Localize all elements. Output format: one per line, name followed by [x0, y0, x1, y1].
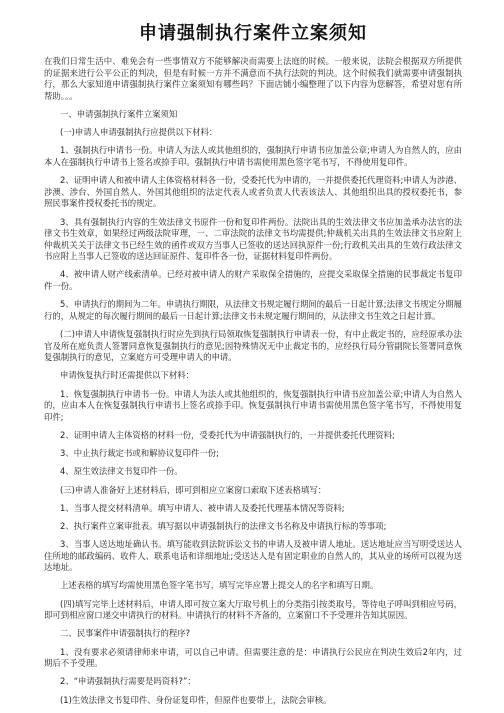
list-item: (1)生效法律文书复印件、身份证复印件，但原件也要带上，法院会审核。: [44, 695, 462, 707]
list-item: 2、执行案件立案审批表。填写据以申请强制执行的法律文书名称及申请执行标的等事项;: [44, 521, 462, 533]
list-item: 4、原生效法律文书复印件一份。: [44, 466, 462, 478]
subsection-paragraph: (二)申请人申请恢复强制执行时应先到执行局领取恢复强制执行申请表一份，有中止裁定…: [44, 329, 462, 364]
document-page: 申请强制执行案件立案须知 在我们日常生活中、难免会有一些事情双方不能够解决而需要…: [44, 22, 462, 713]
intro-paragraph: 在我们日常生活中、难免会有一些事情双方不能够解决而需要上法庭的时候。一般来说，法…: [44, 56, 462, 102]
subsection-paragraph: (四)填写完毕上述材料后，申请人即可按立案大厅取号机上的分类指引按类取号，等待电…: [44, 599, 462, 622]
list-item: 2、“申请强制执行需要是吗资料?”：: [44, 676, 462, 688]
list-item: 5、申请执行的期间为二年。申请执行期限，从法律文书规定履行期间的最后一日起计算;…: [44, 299, 462, 322]
paragraph: 申请恢复执行时还需提供以下材料：: [44, 370, 462, 382]
section-heading-2: 二、民事案件申请强制执行的程序?: [44, 628, 462, 640]
document-title: 申请强制执行案件立案须知: [44, 22, 462, 46]
list-item: 2、证明申请人主体资格的材料一份，受委托代为申请强制执行的，一并提供委托代理资料…: [44, 430, 462, 442]
list-item: 1、强制执行申请书一份。申请人为法人或其他组织的，强制执行申请书应加盖公章;申请…: [44, 145, 462, 168]
document-body: 在我们日常生活中、难免会有一些事情双方不能够解决而需要上法庭的时候。一般来说，法…: [44, 56, 462, 706]
list-item: 2、证明申请人和被申请人主体资格材料各一份，受委托代为申请的，一并提供委托代理资…: [44, 175, 462, 210]
list-item: 3、中止执行裁定书或和解协议复印件一份;: [44, 448, 462, 460]
list-item: 3、当事人送达地址确认书。填写能收到法院诉讼文书的申请人及被申请人地址。送达地址…: [44, 539, 462, 574]
list-item: 1、没有要求必须请律师来申请，可以自己申请。但需要注意的是：申请执行公民应在判决…: [44, 647, 462, 670]
section-heading-1: 一、申请强制执行案件立案须知: [44, 109, 462, 121]
list-item: 3、具有强制执行内容的生效法律文书原件一份和复印件两份。法院出具的生效法律文书应…: [44, 217, 462, 263]
list-item: 1、恢复强制执行申请书一份。申请人为法人或其他组织的，恢复强制执行申请书应加盖公…: [44, 389, 462, 424]
paragraph: 上述表格的填写均需使用黑色签字笔书写，填写完毕应署上提交人的名字和填写日期。: [44, 580, 462, 592]
subsection-heading: (一)申请人申请强制执行应提供以下材料：: [44, 127, 462, 139]
list-item: 4、被申请人财产线索清单。已经对被申请人的财产采取保全措施的，应提交采取保全措施…: [44, 269, 462, 292]
list-item: 1、当事人提交材料清单。填写申请人、被申请人及委托代理基本情况等资料;: [44, 503, 462, 515]
subsection-heading: (三)申请人准备好上述材料后，即可到相应立案窗口索取下述表格填写：: [44, 485, 462, 497]
